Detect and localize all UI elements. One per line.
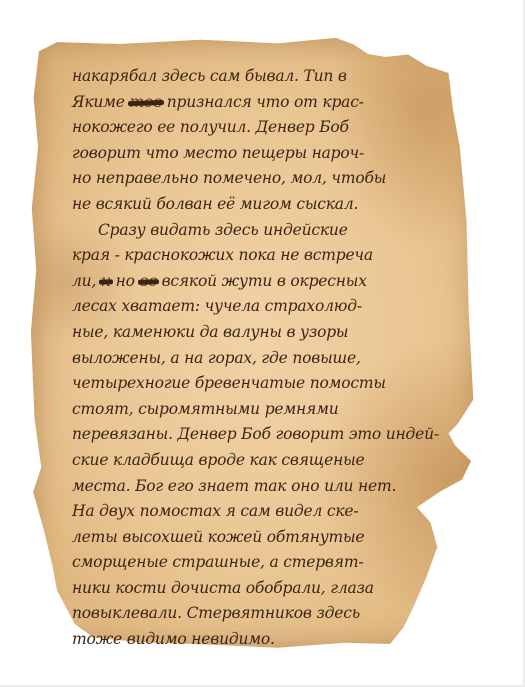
text-line: ские кладбища вроде как священые bbox=[72, 448, 452, 474]
text-line: нокожего ее получил. Денвер Боб bbox=[72, 115, 452, 141]
text-fragment: но bbox=[111, 272, 140, 290]
text-line: леты высохшей кожей обтянутые bbox=[72, 525, 452, 551]
text-line: перевязаны. Денвер Боб говорит это индей… bbox=[72, 422, 452, 448]
text-fragment: признался что от крас- bbox=[162, 93, 364, 111]
text-line: края - краснокожих пока не встреча bbox=[72, 243, 452, 269]
crossed-out-letter: н bbox=[101, 269, 111, 295]
text-line: стоят, сыромятными ремнями bbox=[72, 397, 452, 423]
text-line: тоже видимо невидимо. bbox=[72, 627, 452, 653]
text-line: повыклевали. Стервятников здесь bbox=[72, 601, 452, 627]
text-line: ные, каменюки да валуны в узоры bbox=[72, 320, 452, 346]
text-line: лесах хватает: чучела страхолюд- bbox=[72, 294, 452, 320]
crossed-out-word: вс bbox=[140, 269, 157, 295]
text-line: сморщеные страшные, а стервят- bbox=[72, 550, 452, 576]
text-line: Якиме тов признался что от крас- bbox=[72, 90, 452, 116]
text-line: ники кости дочиста обобрали, глаза bbox=[72, 576, 452, 602]
text-line: не всякий болван её мигом сыскал. bbox=[72, 192, 452, 218]
text-line: накарябал здесь сам бывал. Тип в bbox=[72, 64, 452, 90]
text-line: но неправельно помечено, мол, чтобы bbox=[72, 166, 452, 192]
paragraph-start-line: Сразу видать здесь индейские bbox=[72, 218, 452, 244]
text-line: места. Бог его знает так оно или нет. bbox=[72, 474, 452, 500]
text-line: На двух помостах я сам видел ске- bbox=[72, 499, 452, 525]
handwritten-text: накарябал здесь сам бывал. Тип в Якиме т… bbox=[72, 64, 452, 653]
text-line: четырехногие бревенчатые помосты bbox=[72, 371, 452, 397]
text-line: выложены, а на горах, где повыше, bbox=[72, 346, 452, 372]
text-line: говорит что место пещеры нароч- bbox=[72, 141, 452, 167]
text-fragment: Якиме bbox=[72, 93, 130, 111]
text-fragment: ли, bbox=[72, 272, 101, 290]
text-fragment: всякой жути в окресных bbox=[157, 272, 367, 290]
text-line: ли, н но вс всякой жути в окресных bbox=[72, 269, 452, 295]
crossed-out-word: тов bbox=[130, 90, 162, 116]
